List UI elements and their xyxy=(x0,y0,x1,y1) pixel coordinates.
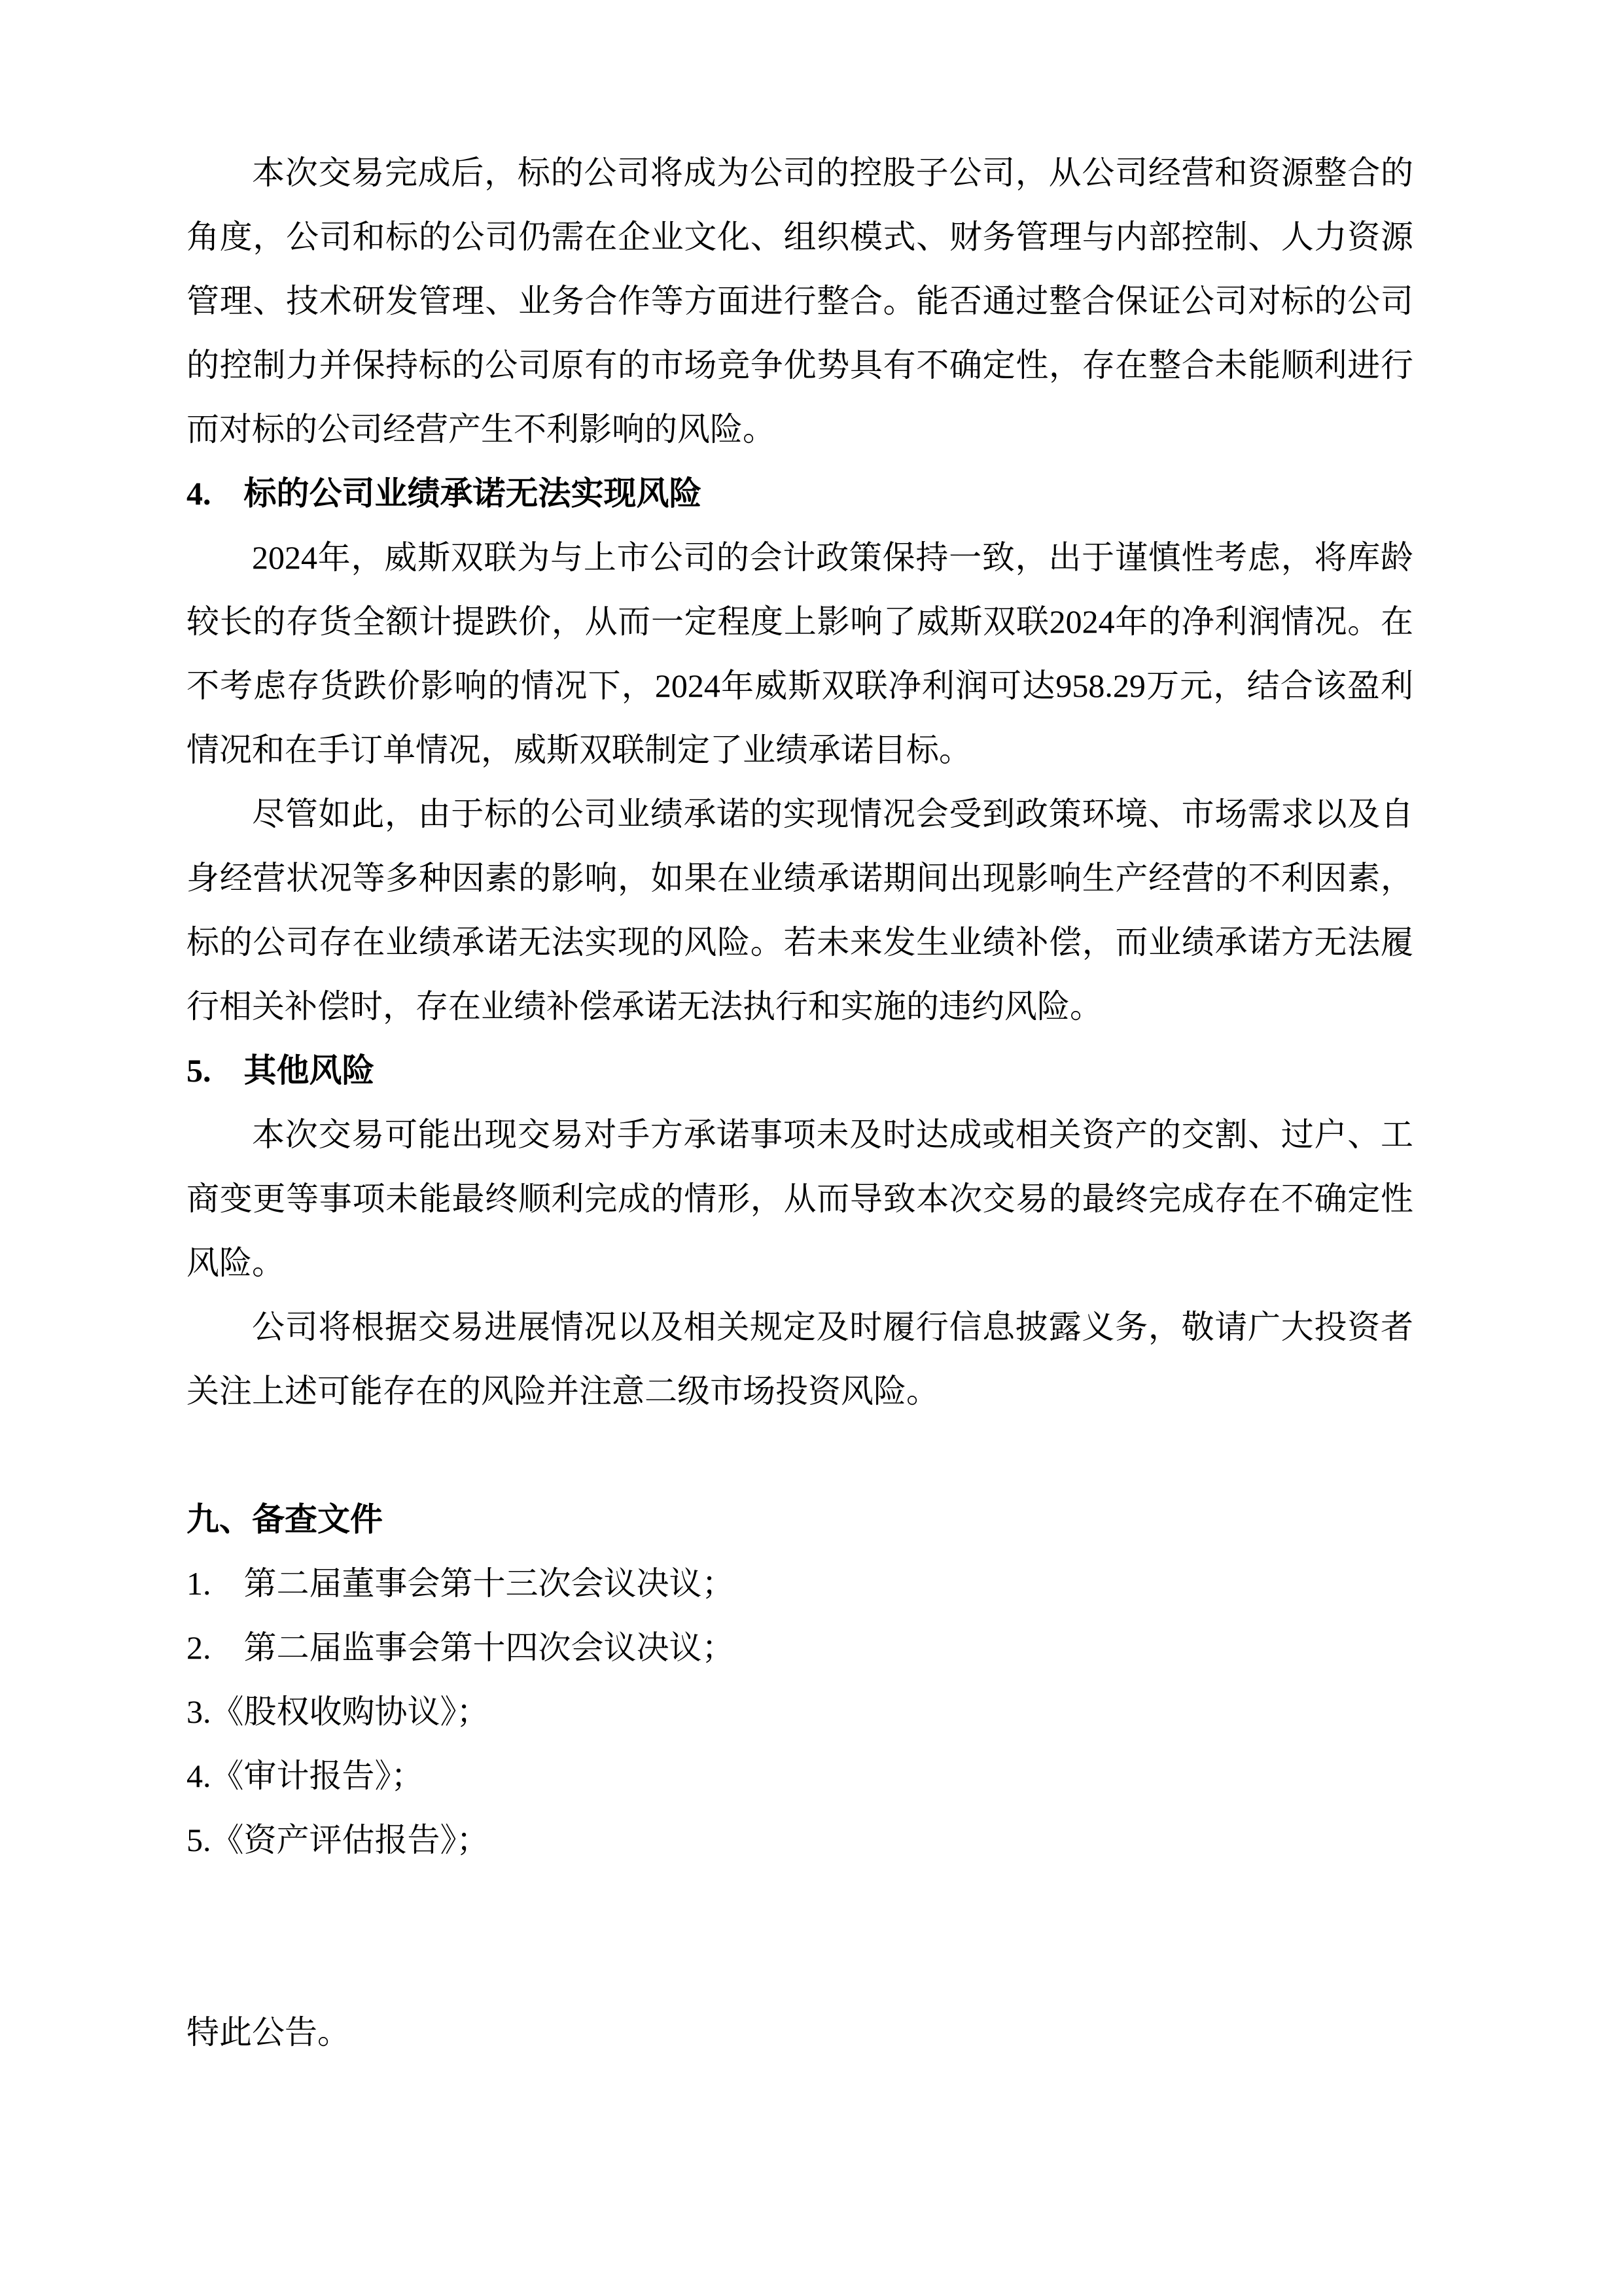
text-line: 不考虑存货跌价影响的情况下，2024年威斯双联净利润可达958.29万元，结合该… xyxy=(186,654,1413,718)
blank-line xyxy=(186,1872,1413,1936)
text-line: 商变更等事项未能最终顺利完成的情形，从而导致本次交易的最终完成存在不确定性 xyxy=(186,1167,1413,1231)
text-line: 公司将根据交易进展情况以及相关规定及时履行信息披露义务，敬请广大投资者 xyxy=(186,1295,1413,1359)
text-line: 情况和在手订单情况，威斯双联制定了业绩承诺目标。 xyxy=(186,718,1413,782)
text-line: 尽管如此，由于标的公司业绩承诺的实现情况会受到政策环境、市场需求以及自 xyxy=(186,782,1413,846)
text-line: 风险。 xyxy=(186,1231,1413,1295)
text-line: 而对标的公司经营产生不利影响的风险。 xyxy=(186,397,1413,461)
text-line: 管理、技术研发管理、业务合作等方面进行整合。能否通过整合保证公司对标的公司 xyxy=(186,269,1413,333)
list-item: 2. 第二届监事会第十四次会议决议； xyxy=(186,1616,1413,1680)
text-line: 本次交易可能出现交易对手方承诺事项未及时达成或相关资产的交割、过户、工 xyxy=(186,1103,1413,1167)
text-line: 关注上述可能存在的风险并注意二级市场投资风险。 xyxy=(186,1359,1413,1423)
section-heading: 4. 标的公司业绩承诺无法实现风险 xyxy=(186,461,1413,525)
text-line: 较长的存货全额计提跌价，从而一定程度上影响了威斯双联2024年的净利润情况。在 xyxy=(186,590,1413,654)
text-line: 角度，公司和标的公司仍需在企业文化、组织模式、财务管理与内部控制、人力资源 xyxy=(186,205,1413,269)
text-line: 特此公告。 xyxy=(186,2000,1413,2064)
text-line: 2024年，威斯双联为与上市公司的会计政策保持一致，出于谨慎性考虑，将库龄 xyxy=(186,525,1413,590)
list-item: 4.《审计报告》； xyxy=(186,1744,1413,1808)
text-line: 本次交易完成后，标的公司将成为公司的控股子公司，从公司经营和资源整合的 xyxy=(186,141,1413,205)
text-line: 标的公司存在业绩承诺无法实现的风险。若未来发生业绩补偿，而业绩承诺方无法履 xyxy=(186,910,1413,974)
text-line: 行相关补偿时，存在业绩补偿承诺无法执行和实施的违约风险。 xyxy=(186,974,1413,1038)
list-item: 1. 第二届董事会第十三次会议决议； xyxy=(186,1551,1413,1616)
text-line: 身经营状况等多种因素的影响，如果在业绩承诺期间出现影响生产经营的不利因素， xyxy=(186,846,1413,910)
text-line: 的控制力并保持标的公司原有的市场竞争优势具有不确定性，存在整合未能顺利进行 xyxy=(186,333,1413,397)
blank-line xyxy=(186,1423,1413,1487)
section-heading: 5. 其他风险 xyxy=(186,1038,1413,1103)
list-item: 5.《资产评估报告》； xyxy=(186,1808,1413,1872)
section-heading: 九、备查文件 xyxy=(186,1487,1413,1551)
list-item: 3.《股权收购协议》； xyxy=(186,1680,1413,1744)
blank-line xyxy=(186,1936,1413,2000)
document-page: 本次交易完成后，标的公司将成为公司的控股子公司，从公司经营和资源整合的角度，公司… xyxy=(0,0,1624,2296)
